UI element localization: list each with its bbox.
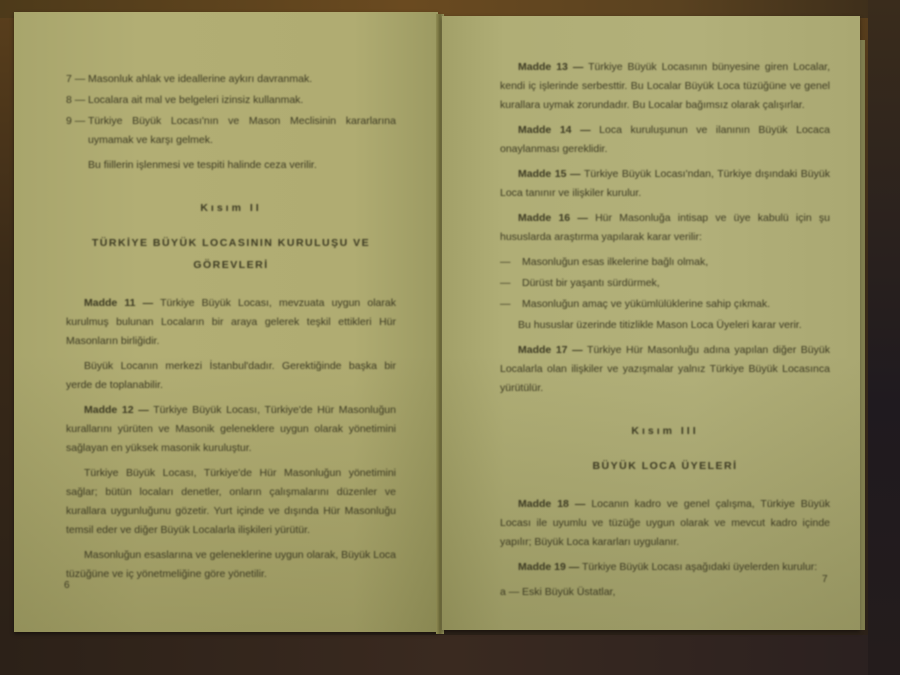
list-item: —Dürüst bir yaşantı sürdürmek,: [500, 274, 830, 293]
paragraph: Madde 16 — Hür Masonluğa intisap ve üye …: [500, 209, 830, 247]
table-surface-right: [868, 0, 900, 675]
list-item: a —Eski Büyük Üstatlar,: [500, 583, 830, 602]
list-item: —Masonluğun esas ilkelerine bağlı olmak,: [500, 253, 830, 272]
list-item: 9 —Türkiye Büyük Locası'nın ve Mason Mec…: [66, 112, 396, 150]
list-item: 7 —Masonluk ahlak ve ideallerine aykırı …: [66, 70, 396, 89]
page-number: 6: [64, 580, 70, 591]
page-number: 7: [822, 574, 828, 585]
section-label: Kısım III: [500, 422, 830, 441]
right-page: Madde 13 — Türkiye Büyük Locasının bünye…: [442, 16, 860, 630]
photo-scene: 7 —Masonluk ahlak ve ideallerine aykırı …: [0, 0, 900, 675]
note-paragraph: Bu fiillerin işlenmesi ve tespiti halind…: [66, 156, 396, 175]
left-page-text: 7 —Masonluk ahlak ve ideallerine aykırı …: [66, 70, 396, 590]
list-item: —Masonluğun amaç ve yükümlülüklerine sah…: [500, 295, 830, 314]
right-page-text: Madde 13 — Türkiye Büyük Locasının bünye…: [500, 58, 830, 604]
paragraph: Türkiye Büyük Locası, Türkiye'de Hür Mas…: [66, 464, 396, 540]
table-surface-bottom: [0, 635, 900, 675]
paragraph: Madde 15 — Türkiye Büyük Locası'ndan, Tü…: [500, 165, 830, 203]
section-title: TÜRKİYE BÜYÜK LOCASININ KURULUŞU VE GÖRE…: [66, 232, 396, 276]
paragraph: Bu hususlar üzerinde titizlikle Mason Lo…: [500, 316, 830, 335]
paragraph: Büyük Locanın merkezi İstanbul'dadır. Ge…: [66, 357, 396, 395]
paragraph: Masonluğun esaslarına ve geleneklerine u…: [66, 546, 396, 584]
paragraph: Madde 18 — Locanın kadro ve genel çalışm…: [500, 495, 830, 552]
section-title: BÜYÜK LOCA ÜYELERİ: [500, 455, 830, 477]
paragraph: Madde 17 — Türkiye Hür Masonluğu adına y…: [500, 341, 830, 398]
left-page: 7 —Masonluk ahlak ve ideallerine aykırı …: [14, 12, 438, 632]
list-item: 8 —Localara ait mal ve belgeleri izinsiz…: [66, 91, 396, 110]
paragraph: Madde 13 — Türkiye Büyük Locasının bünye…: [500, 58, 830, 115]
paragraph: Madde 14 — Loca kuruluşunun ve ilanının …: [500, 121, 830, 159]
paragraph: Madde 19 — Türkiye Büyük Locası aşağıdak…: [500, 558, 830, 577]
paragraph: Madde 12 — Türkiye Büyük Locası, Türkiye…: [66, 401, 396, 458]
section-label: Kısım II: [66, 199, 396, 218]
paragraph: Madde 11 — Türkiye Büyük Locası, mevzuat…: [66, 294, 396, 351]
